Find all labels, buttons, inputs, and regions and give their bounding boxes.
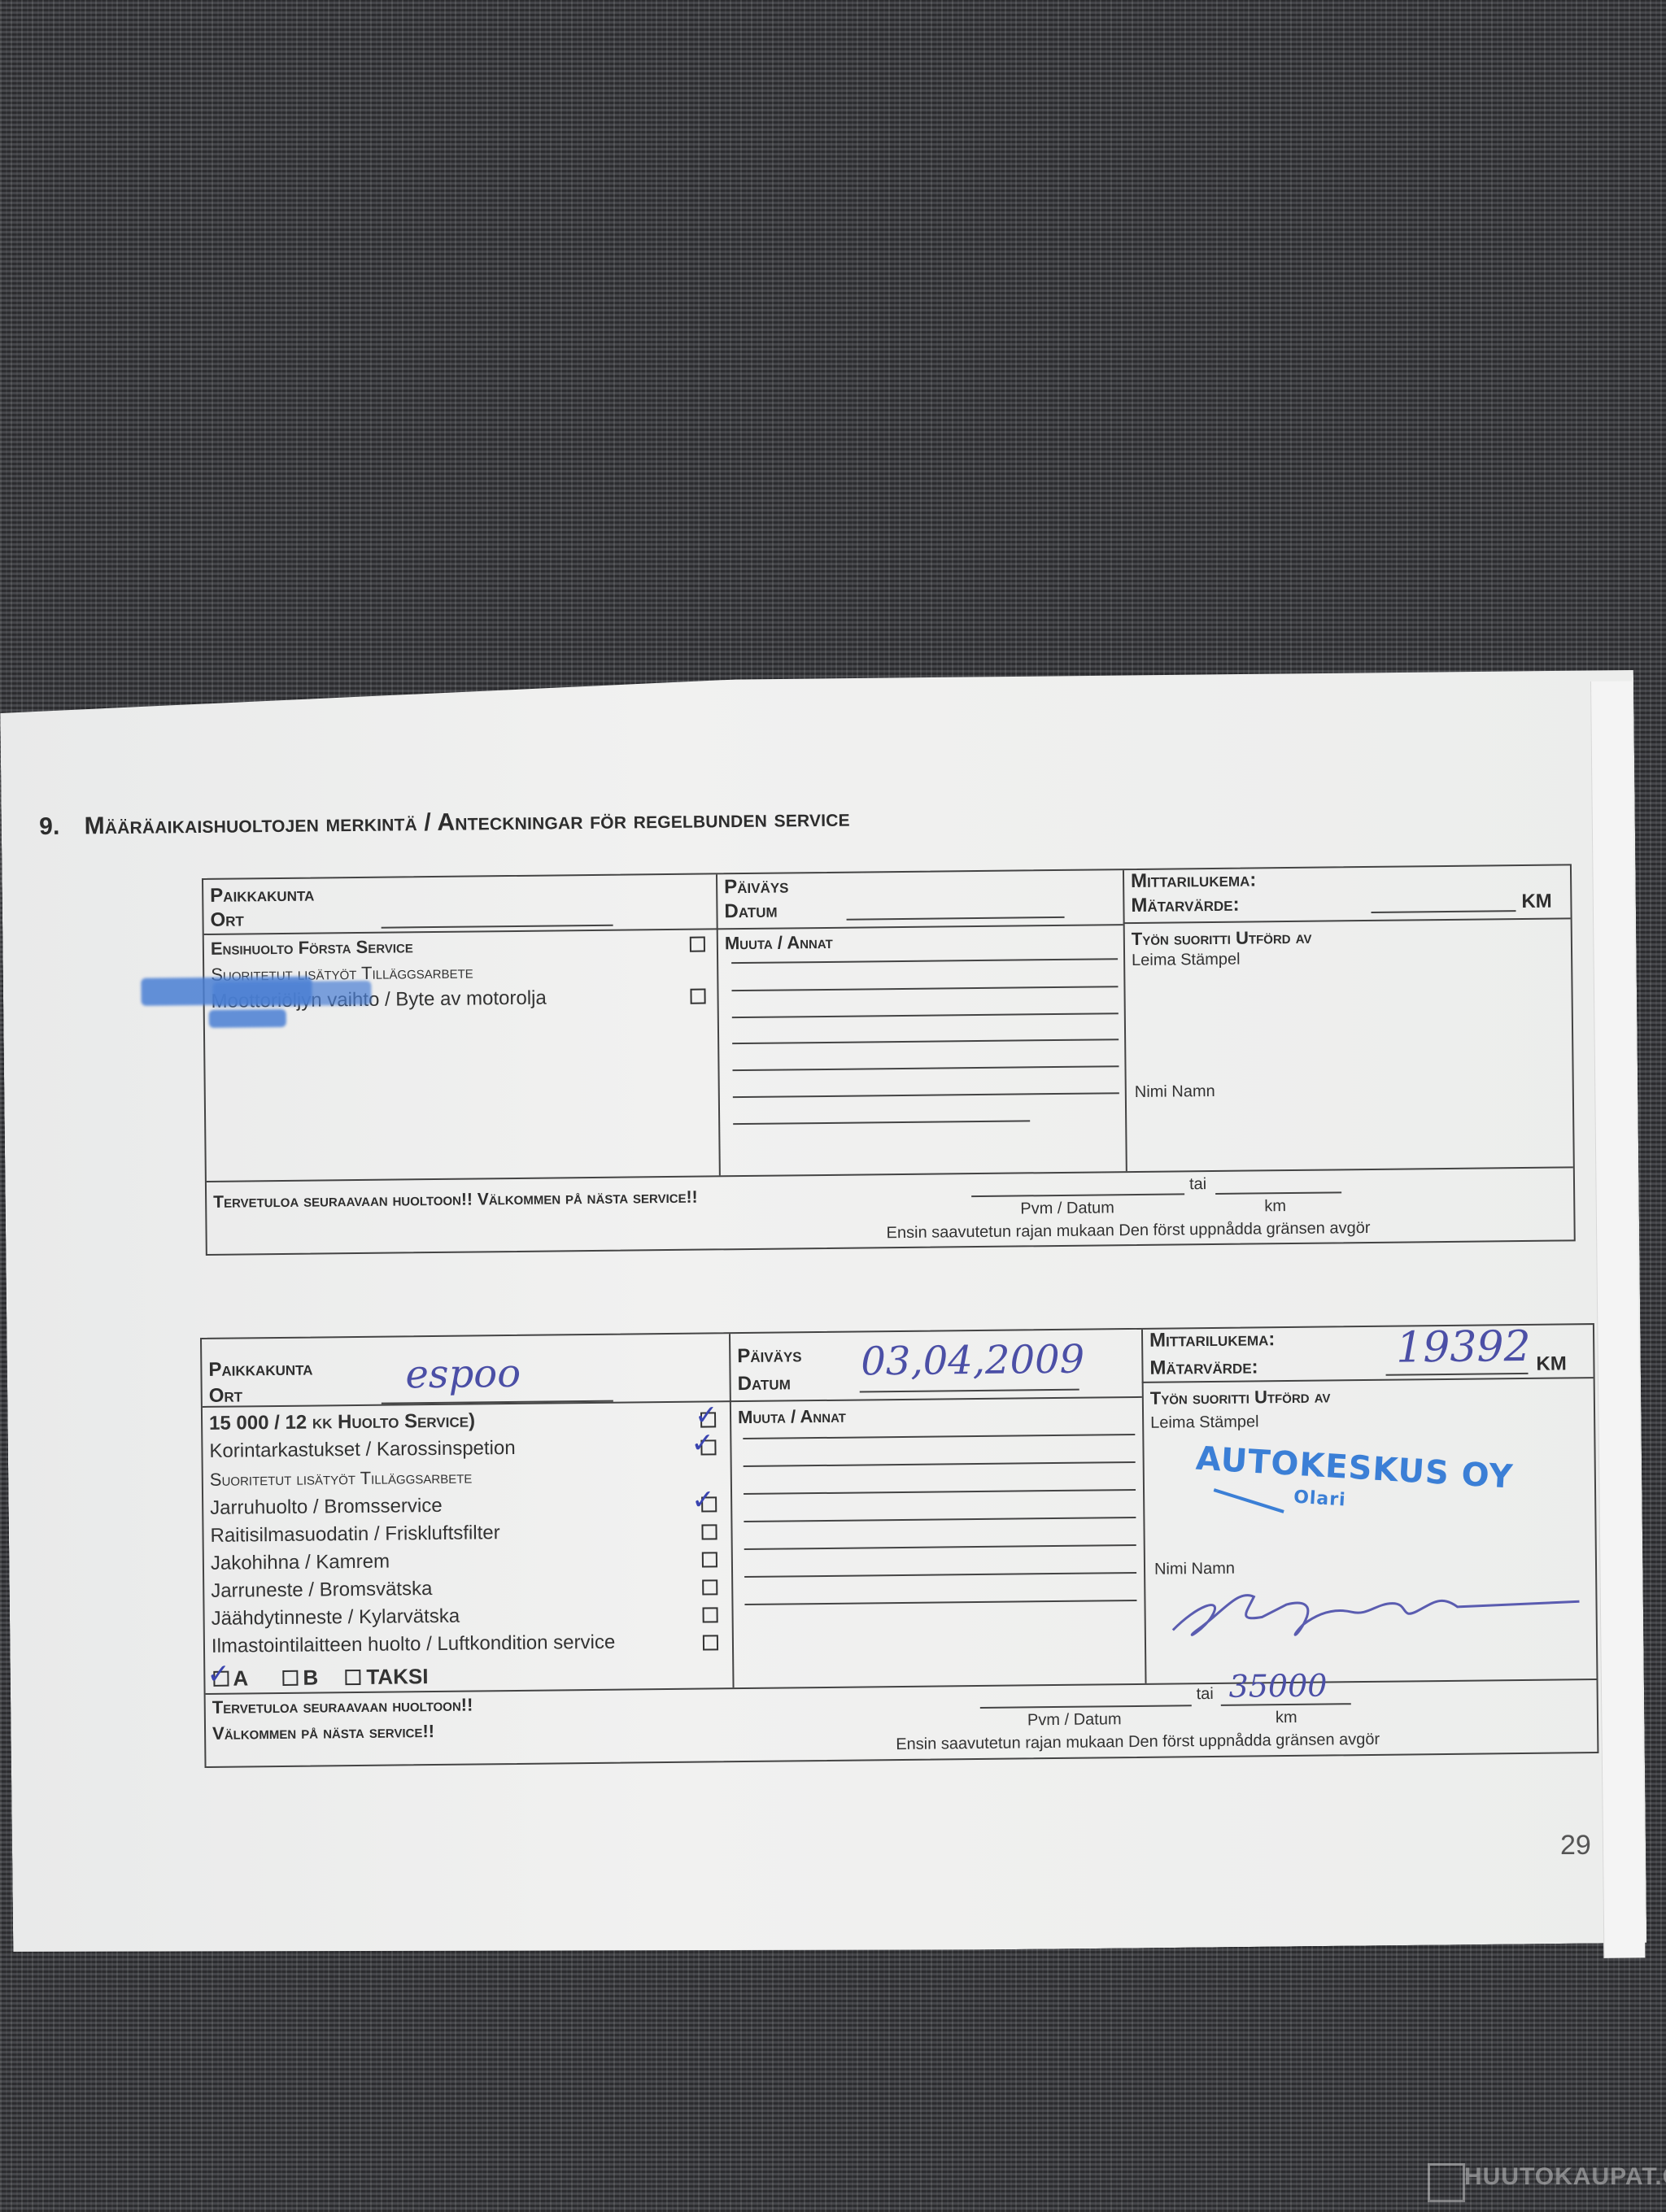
stamp-swoosh	[1214, 1488, 1284, 1513]
date-label-fi: Päiväys	[724, 875, 789, 899]
date-label-sv: Datum	[737, 1372, 790, 1396]
location-label-fi: Paikkakunta	[208, 1358, 312, 1382]
service-item: Ilmastointilaitteen huolto / Luftkonditi…	[212, 1631, 616, 1658]
page-number: 29	[1560, 1830, 1591, 1861]
name-label: Nimi Namn	[1154, 1560, 1235, 1579]
watermark: HUUTOKAUPAT.COM	[1464, 2163, 1666, 2191]
km-label: km	[1276, 1709, 1297, 1727]
notes-line[interactable]	[744, 1600, 1136, 1605]
notes-line[interactable]	[733, 1092, 1119, 1098]
date-label-fi: Päiväys	[737, 1344, 802, 1368]
class-taksi-label: TAKSI	[366, 1664, 428, 1690]
check-mark-icon: ✓	[207, 1658, 230, 1691]
next-km-field[interactable]	[1215, 1191, 1341, 1195]
section-number: 9.	[39, 813, 60, 840]
odometer-label-sv: Mätarvärde:	[1131, 894, 1239, 917]
next-date-field[interactable]	[971, 1193, 1184, 1197]
notes-line[interactable]	[733, 1120, 1030, 1125]
next-km-value: 35000	[1228, 1668, 1327, 1705]
checkbox[interactable]	[702, 1552, 717, 1567]
notes-label: Muuta / Annat	[725, 932, 833, 954]
km-label: km	[1264, 1197, 1286, 1216]
check-mark-icon: ✓	[691, 1483, 715, 1516]
service-record-2: Paikkakunta Ort espoo Päiväys Datum 03,0…	[200, 1323, 1598, 1768]
notes-line[interactable]	[743, 1434, 1135, 1439]
service-item: Raitisilmasuodatin / Friskluftsfilter	[210, 1522, 499, 1548]
odometer-label-sv: Mätarvärde:	[1149, 1356, 1258, 1379]
location-field[interactable]	[382, 925, 613, 929]
rule-text: Ensin saavutetun rajan mukaan Den först …	[886, 1219, 1370, 1243]
or-label: tai	[1189, 1175, 1206, 1194]
watermark-logo-icon	[1428, 2163, 1465, 2202]
location-value: espoo	[405, 1351, 521, 1397]
checkbox[interactable]	[701, 1524, 717, 1539]
location-label-fi: Paikkakunta	[210, 884, 314, 908]
checkbox[interactable]	[703, 1607, 718, 1622]
notes-line[interactable]	[744, 1572, 1136, 1578]
service-item: Jarruhuolto / Bromsservice	[210, 1495, 443, 1520]
date-label-sv: Datum	[724, 900, 777, 924]
rule-text: Ensin saavutetun rajan mukaan Den först …	[896, 1731, 1380, 1754]
next-date-label: Pvm / Datum	[1027, 1710, 1122, 1730]
service-item: Jäähdytinneste / Kylarvätska	[211, 1605, 460, 1631]
company-stamp: AUTOKESKUS OY	[1195, 1440, 1515, 1496]
date-field[interactable]	[860, 1389, 1079, 1393]
notes-line[interactable]	[731, 958, 1118, 964]
performed-by-label: Työn suoritti Utförd av	[1132, 927, 1312, 950]
company-stamp-location: Olari	[1293, 1487, 1346, 1511]
class-b-checkbox[interactable]	[282, 1670, 298, 1686]
check-mark-icon: ✓	[691, 1426, 714, 1459]
notes-line[interactable]	[744, 1517, 1136, 1522]
checkbox[interactable]	[702, 1579, 717, 1595]
notes-line[interactable]	[744, 1461, 1136, 1467]
checkbox[interactable]	[690, 989, 705, 1004]
class-taksi-checkbox[interactable]	[345, 1670, 360, 1685]
notes-label: Muuta / Annat	[738, 1406, 846, 1428]
service-item: Korintarkastukset / Karossinspetion	[209, 1437, 515, 1463]
odometer-field[interactable]	[1372, 910, 1516, 913]
stamp-label: Leima Stämpel	[1150, 1413, 1259, 1432]
signature-icon	[1164, 1577, 1588, 1646]
welcome-text: Tervetuloa seuraavaan huoltoon!! Välkomm…	[213, 1186, 701, 1215]
ink-smudge	[212, 981, 371, 1007]
service-record-1: Paikkakunta Ort Päiväys Datum Mittariluk…	[202, 864, 1576, 1256]
service-item: Jakohihna / Kamrem	[211, 1551, 390, 1575]
ink-smudge	[209, 1009, 286, 1028]
welcome-line-1: Tervetuloa seuraavaan huoltoon!!	[212, 1695, 473, 1718]
notes-line[interactable]	[732, 1012, 1119, 1018]
notes-line[interactable]	[744, 1489, 1136, 1495]
odometer-field[interactable]	[1386, 1373, 1529, 1376]
performed-by-label: Työn suoritti Utförd av	[1150, 1386, 1331, 1409]
odometer-unit: KM	[1521, 890, 1552, 913]
location-label-sv: Ort	[210, 908, 244, 931]
odometer-label-fi: Mittarilukema:	[1131, 869, 1257, 893]
odometer-unit: KM	[1536, 1352, 1567, 1375]
checkbox[interactable]	[690, 937, 705, 952]
odometer-label-fi: Mittarilukema:	[1149, 1328, 1276, 1352]
odometer-value: 19392	[1396, 1322, 1531, 1373]
notes-line[interactable]	[732, 1039, 1119, 1044]
notes-line[interactable]	[744, 1544, 1136, 1550]
or-label: tai	[1197, 1685, 1214, 1704]
class-b-label: B	[303, 1666, 318, 1691]
welcome-line-2: Välkommen på nästa service!!	[212, 1721, 434, 1744]
date-value: 03,04,2009	[861, 1337, 1084, 1385]
name-label: Nimi Namn	[1135, 1082, 1215, 1102]
next-date-field[interactable]	[980, 1705, 1192, 1709]
service-item: Suoritetut lisätyöt Tilläggsarbete	[210, 1467, 473, 1491]
class-a-label: A	[233, 1666, 248, 1691]
service-item: Jarruneste / Bromsvätska	[211, 1578, 432, 1603]
location-label-sv: Ort	[209, 1384, 243, 1407]
checkbox[interactable]	[703, 1635, 718, 1650]
notes-line[interactable]	[731, 986, 1118, 991]
stamp-label: Leima Stämpel	[1132, 951, 1241, 970]
next-date-label: Pvm / Datum	[1020, 1199, 1114, 1218]
service-item: 15 000 / 12 kk Huolto Service)	[209, 1409, 475, 1435]
service-item: Ensihuolto Första Service	[211, 936, 413, 960]
notes-line[interactable]	[732, 1065, 1119, 1071]
date-field[interactable]	[847, 917, 1065, 921]
